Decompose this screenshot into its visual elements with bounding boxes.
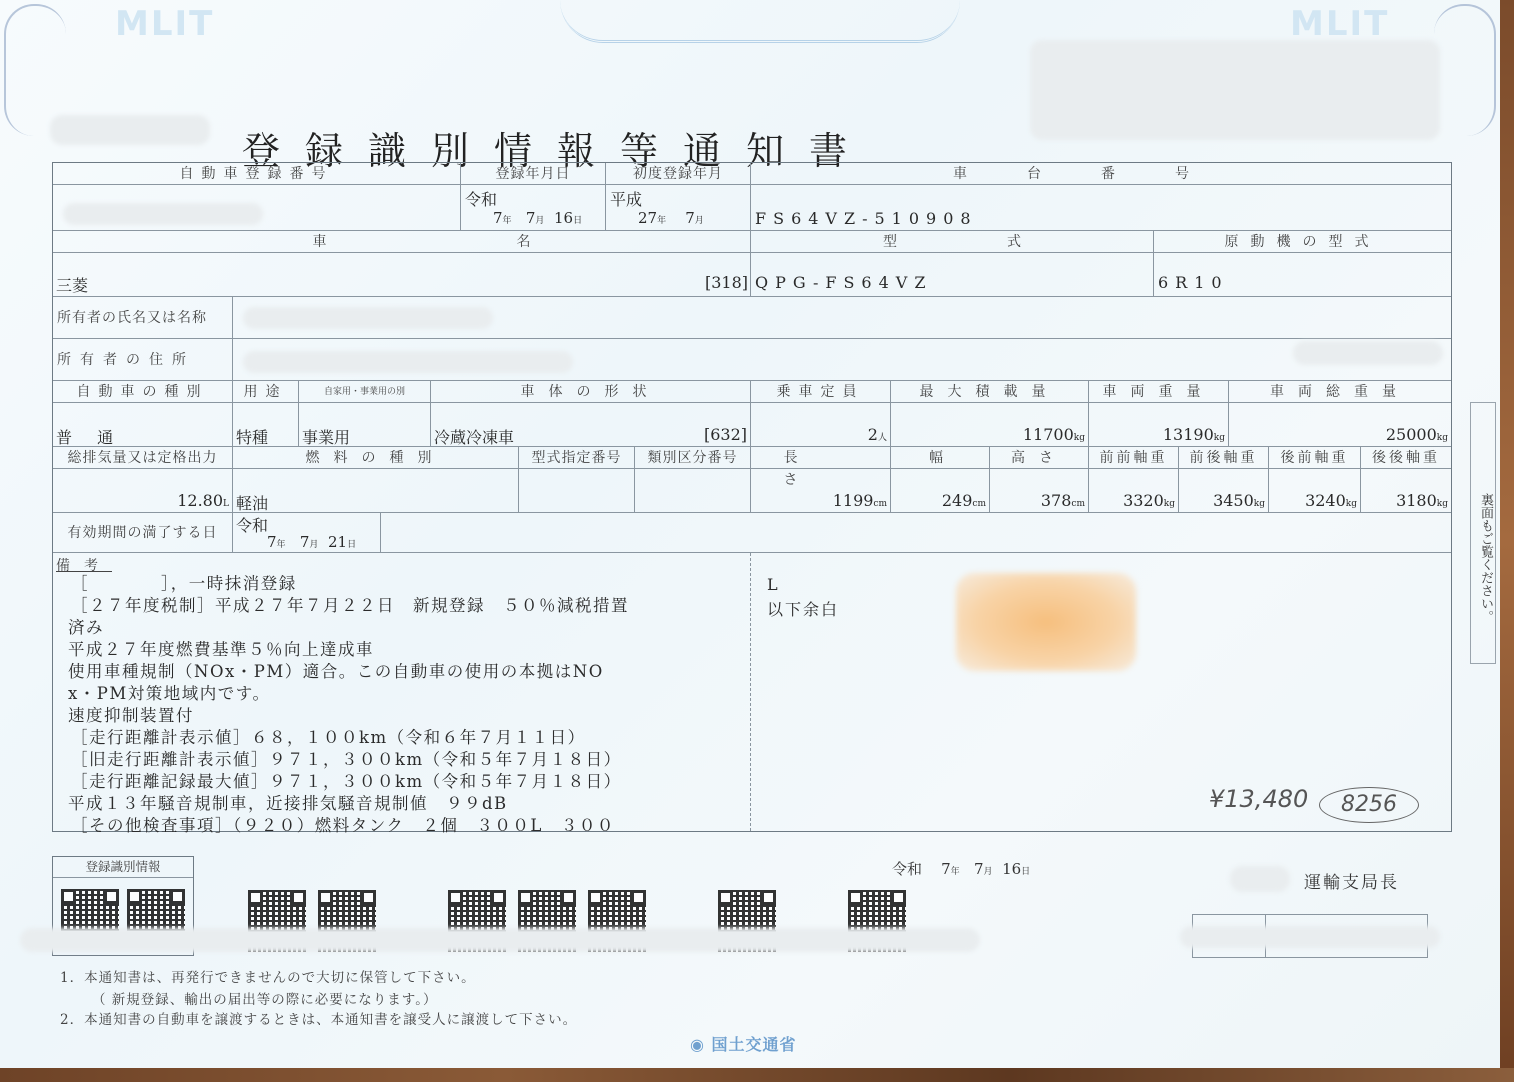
model-cell: QPG-FS64VZ [751, 253, 1154, 297]
label-registration-date: 登録年月日 [461, 163, 606, 185]
chassis-number-cell: FS64VZ-510908 [751, 185, 1451, 231]
ornament-corner-right [1434, 4, 1496, 136]
height-cell: 378cm [990, 469, 1089, 513]
redacted-area [1180, 926, 1440, 948]
ornament-top [560, 0, 960, 43]
qr-code [848, 890, 906, 932]
registration-number-cell [53, 185, 461, 231]
remarks-line: ［走行距離計表示値］６８，１００km（令和６年７月１１日） [71, 727, 629, 749]
label-registration-number: 自動車登録番号 [53, 163, 461, 185]
label-expiry: 有効期間の満了する日 [53, 513, 233, 553]
fuel-type: 軽油 [236, 491, 268, 514]
expiry-era: 令和 [236, 513, 268, 536]
label-fr-axle: 前後軸重 [1179, 447, 1269, 469]
fr-axle: 3450kg [1213, 491, 1265, 510]
remarks-line: 速度抑制装置付 [68, 705, 629, 727]
label-type-designation: 型式指定番号 [519, 447, 635, 469]
vehicle-type: 普 通 [56, 425, 123, 448]
expiry-cell: 令和 7年 7月 21日 [233, 513, 381, 553]
redacted-area [1230, 866, 1290, 892]
label-vehicle-weight: 車両重量 [1089, 381, 1229, 403]
vehicle-type-cell: 普 通 [53, 403, 233, 447]
label-displacement: 総排気量又は定格出力 [53, 447, 233, 469]
certificate-paper: MLIT MLIT 登録識別情報等通知書 自動車登録番号 登録年月日 初度登録年… [0, 0, 1500, 1068]
remarks-list: ［ ］，一時抹消登録［２７年度税制］平成２７年７月２２日 新規登録 ５０％減税措… [71, 573, 629, 837]
label-rr-axle: 後後軸重 [1361, 447, 1451, 469]
background-wood [1500, 0, 1514, 1082]
footnote-1-sub: （ 新規登録、輸出の届出等の際に必要になります。） [92, 988, 437, 1008]
type-designation-cell [519, 469, 635, 513]
qr-code [61, 889, 119, 931]
label-max-load: 最大積載量 [891, 381, 1089, 403]
remarks-line: 使用車種規制（NOx・PM）適合。この自動車の使用の本拠はNO [68, 661, 629, 683]
car-name-cell: 三菱 [318] [53, 253, 751, 297]
expiry-blank [381, 513, 1451, 553]
footnote-2: 2．本通知書の自動車を譲渡するときは、本通知書を譲受人に譲渡して下さい。 [60, 1008, 577, 1028]
label-owner-name: 所有者の氏名又は名称 [53, 297, 233, 339]
remarks-line: ［走行距離記録最大値］９７１，３００km（令和５年７月１８日） [71, 771, 629, 793]
ministry-logo: ◉ 国土交通省 [690, 1032, 797, 1055]
gross-weight: 25000kg [1386, 425, 1448, 444]
ff-axle: 3320kg [1123, 491, 1175, 510]
label-model: 型式 [751, 231, 1154, 253]
watermark-right: MLIT [1290, 4, 1389, 44]
expiry-value: 7年 7月 21日 [267, 533, 356, 551]
remarks-line: 済み [68, 617, 629, 639]
rr-axle-cell: 3180kg [1361, 469, 1451, 513]
redacted-stamp [956, 573, 1136, 671]
remarks-right: L 以下余白 ¥13,480 8256 [751, 553, 1451, 831]
label-rf-axle: 後前軸重 [1269, 447, 1361, 469]
qr-code [718, 890, 776, 932]
qr-code [518, 890, 576, 932]
remarks-line: ［ ］，一時抹消登録 [71, 573, 629, 595]
rf-axle: 3240kg [1305, 491, 1357, 510]
length: 1199cm [833, 491, 887, 510]
qr-code [318, 890, 376, 932]
redacted-registration-number [63, 203, 263, 225]
remarks-section: 備考 ［ ］，一時抹消登録［２７年度税制］平成２７年７月２２日 新規登録 ５０％… [53, 553, 751, 831]
fr-axle-cell: 3450kg [1179, 469, 1269, 513]
label-fuel-type: 燃料の種別 [233, 447, 519, 469]
vehicle-weight-cell: 13190kg [1089, 403, 1229, 447]
label-vehicle-type: 自動車の種別 [53, 381, 233, 403]
redacted-owner-address [243, 351, 573, 373]
remarks-line: 平成２７年度燃費基準５％向上達成車 [68, 639, 629, 661]
vehicle-info-table: 自動車登録番号 登録年月日 初度登録年月 車台番号 令和 7年 7月 16日 平… [52, 162, 1452, 832]
gross-weight-cell: 25000kg [1229, 403, 1451, 447]
label-private-business: 自家用・事業用の別 [299, 381, 431, 403]
watermark-left: MLIT [115, 4, 214, 44]
handwritten-circled-number: 8256 [1319, 787, 1419, 823]
width: 249cm [942, 491, 986, 510]
owner-address-cell [233, 339, 1451, 381]
background-wood [0, 1068, 1514, 1082]
issue-date: 令和 7年 7月 16日 [892, 858, 1030, 879]
redacted-area [1293, 341, 1443, 365]
car-name: 三菱 [56, 273, 88, 296]
fuel-type-cell: 軽油 [233, 469, 519, 513]
registration-date-value: 7年 7月 16日 [493, 209, 582, 227]
label-ff-axle: 前前軸重 [1089, 447, 1179, 469]
use: 特種 [236, 425, 268, 448]
qr-code [248, 890, 306, 932]
length-cell: 1199cm [751, 469, 891, 513]
rr-axle: 3180kg [1396, 491, 1448, 510]
qr-code [448, 890, 506, 932]
redacted-area [1030, 40, 1440, 140]
handwritten-amount: ¥13,480 [1209, 785, 1308, 813]
label-remarks: 備考 [56, 555, 112, 575]
label-engine-model: 原動機の型式 [1154, 231, 1451, 253]
model: QPG-FS64VZ [755, 273, 932, 292]
remarks-line: ［２７年度税制］平成２７年７月２２日 新規登録 ５０％減税措置 [71, 595, 629, 617]
remarks-line: x・PM対策地域内です。 [68, 683, 629, 705]
chassis-number: FS64VZ-510908 [755, 209, 978, 228]
footnote-1: 1．本通知書は、再発行できませんので大切に保管して下さい。 [60, 966, 476, 986]
remarks-line: ［その他検査事項］（９２０）燃料タンク ２個 ３００L ３００ [71, 815, 629, 837]
redacted-area [20, 928, 980, 952]
qr-label: 登録識別情報 [53, 857, 193, 878]
width-cell: 249cm [891, 469, 990, 513]
label-category-number: 類別区分番号 [635, 447, 751, 469]
engine-model: 6R10 [1158, 273, 1229, 292]
remarks-right-line-2: 以下余白 [767, 597, 839, 620]
max-load: 11700kg [1023, 425, 1085, 444]
qr-code [127, 889, 185, 931]
redacted-owner-name [243, 307, 493, 329]
label-body-shape: 車体の形状 [431, 381, 751, 403]
issuer-title: 運輸支局長 [1304, 868, 1399, 893]
capacity: 2人 [868, 425, 887, 444]
label-capacity: 乗車定員 [751, 381, 891, 403]
remarks-line: 平成１３年騒音規制車，近接排気騒音規制値 ９９dB [68, 793, 629, 815]
body-shape-code: [632] [704, 425, 747, 444]
body-shape-cell: 冷蔵冷凍車 [632] [431, 403, 751, 447]
label-height: 高さ [990, 447, 1089, 469]
capacity-cell: 2人 [751, 403, 891, 447]
private-business-cell: 事業用 [299, 403, 431, 447]
first-registration-cell: 平成 27年 7月 [606, 185, 751, 231]
registration-date-era: 令和 [465, 187, 497, 210]
displacement-cell: 12.80L [53, 469, 233, 513]
owner-name-cell [233, 297, 1451, 339]
qr-code [588, 890, 646, 932]
label-use: 用途 [233, 381, 299, 403]
label-width: 幅 [891, 447, 990, 469]
redacted-area [50, 115, 210, 145]
max-load-cell: 11700kg [891, 403, 1089, 447]
label-gross-weight: 車両総重量 [1229, 381, 1451, 403]
label-chassis-number: 車台番号 [751, 163, 1451, 185]
height: 378cm [1041, 491, 1085, 510]
remarks-right-line-1: L [767, 575, 778, 594]
label-length: 長さ [751, 447, 891, 469]
displacement: 12.80L [177, 491, 229, 510]
private-business: 事業用 [302, 425, 350, 448]
engine-model-cell: 6R10 [1154, 253, 1451, 297]
first-registration-value: 27年 7月 [638, 209, 704, 227]
first-registration-era: 平成 [610, 187, 642, 210]
use-cell: 特種 [233, 403, 299, 447]
category-number-cell [635, 469, 751, 513]
label-car-name: 車名 [53, 231, 751, 253]
label-first-registration: 初度登録年月 [606, 163, 751, 185]
label-owner-address: 所有者の住所 [53, 339, 233, 381]
registration-date-cell: 令和 7年 7月 16日 [461, 185, 606, 231]
vehicle-weight: 13190kg [1163, 425, 1225, 444]
remarks-line: ［旧走行距離計表示値］９７１，３００km（令和５年７月１８日） [71, 749, 629, 771]
car-name-code: [318] [705, 273, 748, 292]
ministry-emblem-icon: ◉ [690, 1035, 705, 1054]
rf-axle-cell: 3240kg [1269, 469, 1361, 513]
body-shape: 冷蔵冷凍車 [434, 425, 514, 448]
see-reverse-note: 裏面もご覧ください。 [1470, 402, 1496, 664]
ff-axle-cell: 3320kg [1089, 469, 1179, 513]
